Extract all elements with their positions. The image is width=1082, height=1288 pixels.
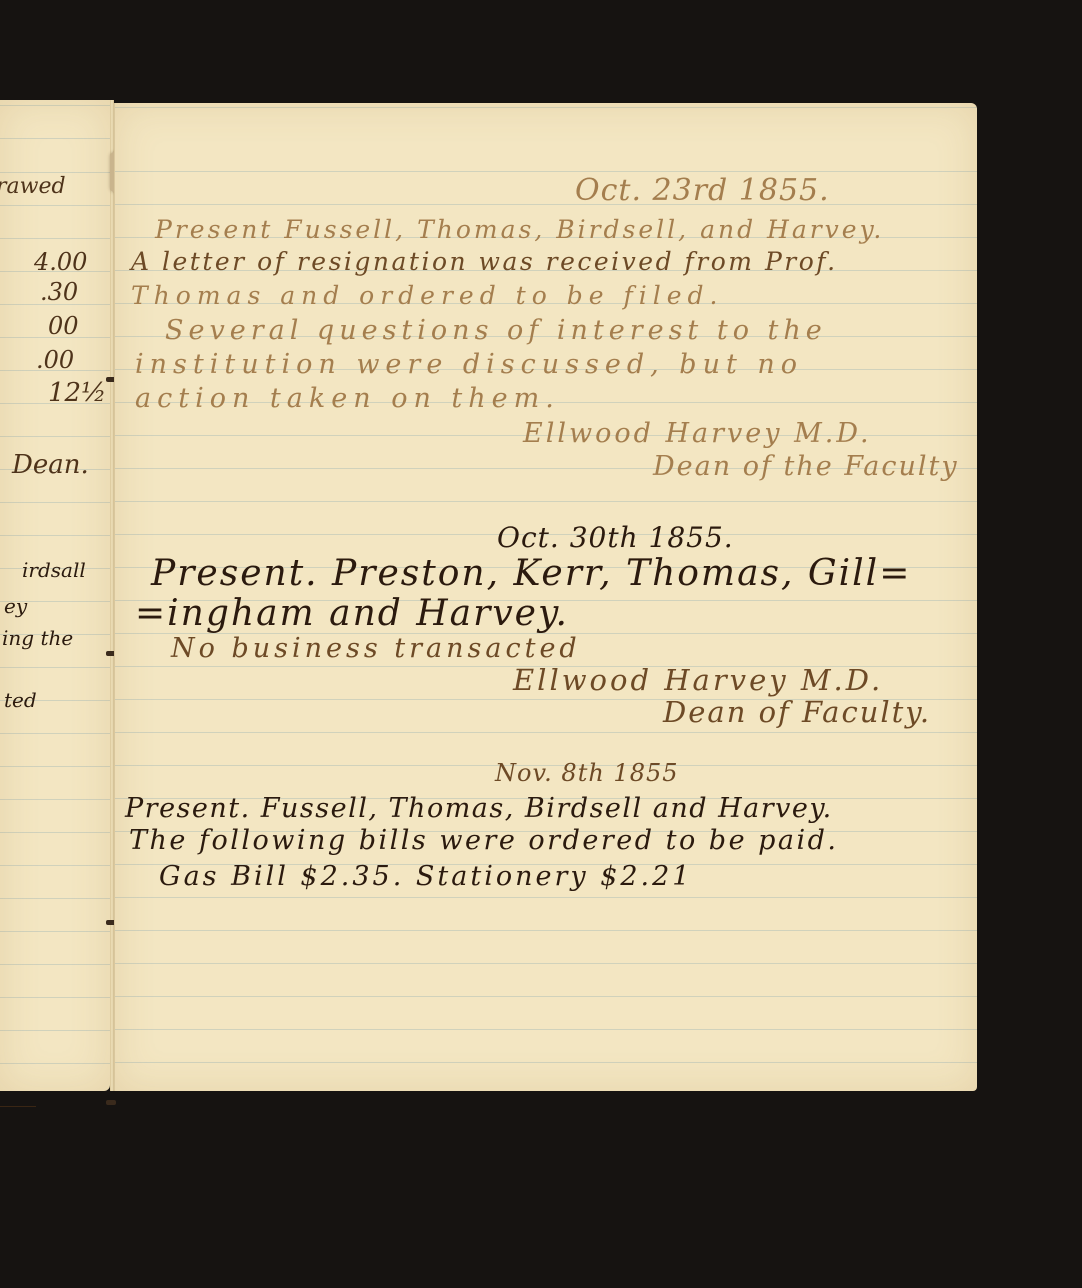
entry-line: A letter of resignation was received fro… bbox=[131, 247, 838, 276]
entry-line: Present. Fussell, Thomas, Birdsell and H… bbox=[125, 793, 833, 824]
signature-title: Dean of Faculty. bbox=[663, 695, 931, 729]
left-fragment: irdsall bbox=[22, 558, 86, 582]
left-fragment: .30 bbox=[40, 278, 78, 306]
entry-line: Present Fussell, Thomas, Birdsell, and H… bbox=[155, 215, 884, 244]
left-fragment: .00 bbox=[36, 346, 74, 374]
left-page: rawed 4.00 .30 00 .00 12½ Dean. irdsall … bbox=[0, 100, 110, 1091]
entry-date: Nov. 8th 1855 bbox=[495, 759, 679, 787]
entry-line: action taken on them. bbox=[135, 383, 560, 414]
left-fragment: ey bbox=[4, 594, 27, 618]
left-fragment: 00 bbox=[48, 312, 79, 340]
entry-date: Oct. 30th 1855. bbox=[497, 521, 734, 554]
entry-date: Oct. 23rd 1855. bbox=[575, 173, 830, 208]
ink-stroke bbox=[0, 1106, 36, 1107]
signature: Ellwood Harvey M.D. bbox=[513, 663, 883, 697]
entry-line: The following bills were ordered to be p… bbox=[129, 825, 839, 856]
entry-line: Several questions of interest to the bbox=[165, 315, 827, 346]
left-fragment: Dean. bbox=[12, 450, 89, 480]
entry-line: Present. Preston, Kerr, Thomas, Gill= bbox=[151, 553, 911, 594]
entry-line: =ingham and Harvey. bbox=[135, 593, 569, 634]
left-fragment: ing the bbox=[2, 626, 73, 650]
entry-line: No business transacted bbox=[171, 633, 581, 664]
entry-line: institution were discussed, but no bbox=[135, 349, 803, 380]
right-page: Oct. 23rd 1855. Present Fussell, Thomas,… bbox=[114, 103, 977, 1091]
left-fragment: rawed bbox=[0, 174, 66, 199]
signature: Ellwood Harvey M.D. bbox=[523, 418, 872, 449]
entry-line: Thomas and ordered to be filed. bbox=[131, 281, 723, 310]
left-fragment: ted bbox=[4, 688, 37, 712]
entry-line: Gas Bill $2.35. Stationery $2.21 bbox=[159, 861, 692, 892]
left-fragment: 12½ bbox=[48, 378, 106, 408]
signature-title: Dean of the Faculty bbox=[653, 451, 959, 482]
left-fragment: 4.00 bbox=[34, 248, 87, 276]
binding-stitch bbox=[106, 1100, 116, 1105]
